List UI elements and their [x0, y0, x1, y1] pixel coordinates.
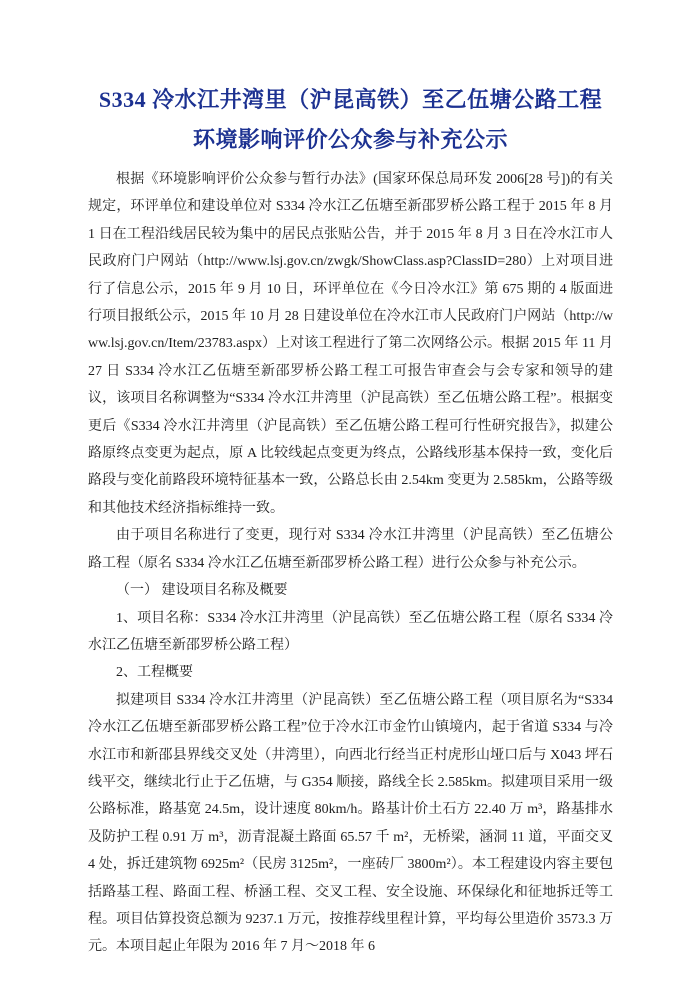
- supplement-notice-paragraph: 由于项目名称进行了变更，现行对 S334 冷水江井湾里（沪昆高铁）至乙伍塘公路工…: [88, 522, 613, 577]
- section-1-heading: （一） 建设项目名称及概要: [88, 577, 613, 604]
- item-2-overview-heading: 2、工程概要: [88, 659, 613, 686]
- document-title: S334 冷水江井湾里（沪昆高铁）至乙伍塘公路工程 环境影响评价公众参与补充公示: [88, 80, 613, 160]
- title-line-1: S334 冷水江井湾里（沪昆高铁）至乙伍塘公路工程: [88, 80, 613, 120]
- title-line-2: 环境影响评价公众参与补充公示: [88, 120, 613, 160]
- item-1-project-name: 1、项目名称：S334 冷水江井湾里（沪昆高铁）至乙伍塘公路工程（原名 S334…: [88, 605, 613, 660]
- project-overview-paragraph: 拟建项目 S334 冷水江井湾里（沪昆高铁）至乙伍塘公路工程（项目原名为“S33…: [88, 687, 613, 961]
- document-body: 根据《环境影响评价公众参与暂行办法》(国家环保总局环发 2006[28 号])的…: [88, 166, 613, 961]
- document-page: S334 冷水江井湾里（沪昆高铁）至乙伍塘公路工程 环境影响评价公众参与补充公示…: [0, 0, 700, 990]
- intro-paragraph: 根据《环境影响评价公众参与暂行办法》(国家环保总局环发 2006[28 号])的…: [88, 166, 613, 522]
